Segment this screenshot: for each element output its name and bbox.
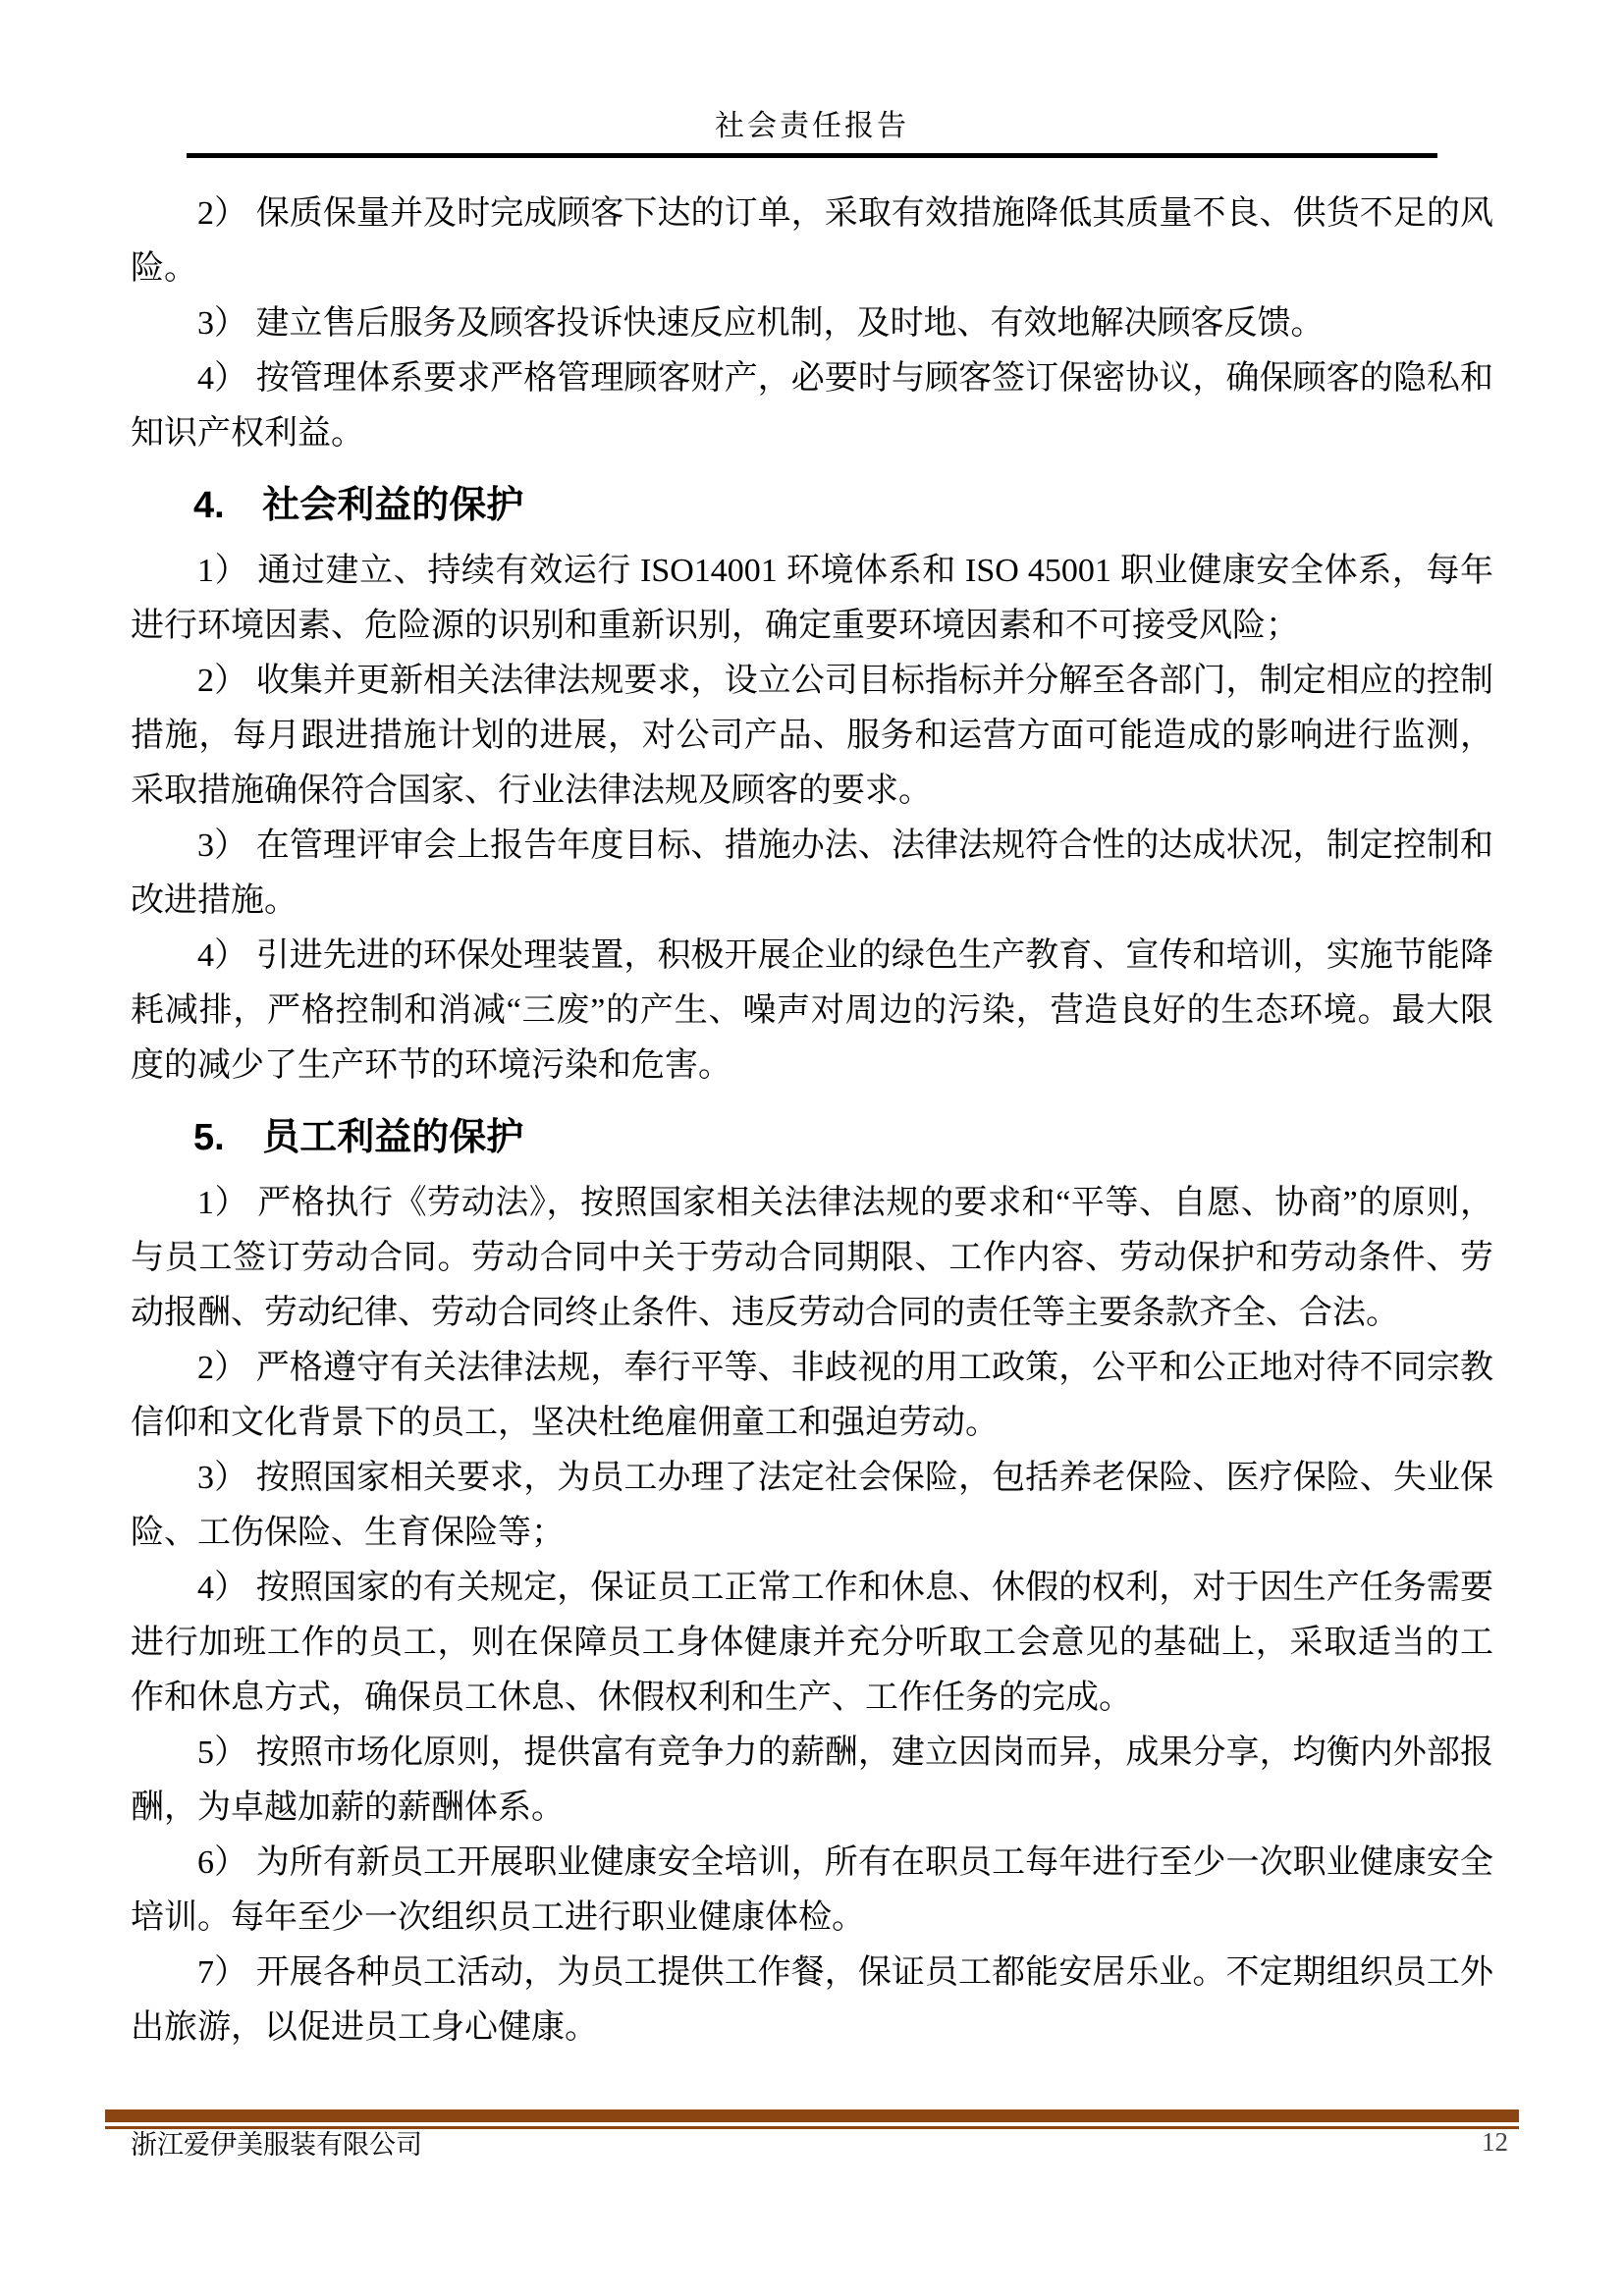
paragraph: 4） 按照国家的有关规定，保证员工正常工作和休息、休假的权利，对于因生产任务需要…	[131, 1561, 1493, 1726]
section-number: 4.	[193, 485, 225, 526]
footer-company: 浙江爱伊美服装有限公司	[131, 2123, 422, 2162]
page-footer: 浙江爱伊美服装有限公司 12	[131, 2120, 1508, 2163]
section-heading-5: 5. 员工利益的保护	[131, 1107, 1493, 1168]
paragraph: 2） 严格遵守有关法律法规，奉行平等、非歧视的用工政策，公平和公正地对待不同宗教…	[131, 1341, 1493, 1451]
paragraph: 4） 按管理体系要求严格管理顾客财产，必要时与顾客签订保密协议，确保顾客的隐私和…	[131, 351, 1493, 461]
header-title: 社会责任报告	[715, 101, 909, 153]
paragraph: 3） 在管理评审会上报告年度目标、措施办法、法律法规符合性的达成状况，制定控制和…	[131, 819, 1493, 929]
paragraph: 2） 保质保量并及时完成顾客下达的订单，采取有效措施降低其质量不良、供货不足的风…	[131, 187, 1493, 296]
page-number: 12	[1482, 2127, 1508, 2158]
paragraph: 6） 为所有新员工开展职业健康安全培训，所有在职员工每年进行至少一次职业健康安全…	[131, 1836, 1493, 1946]
paragraph: 5） 按照市场化原则，提供富有竞争力的薪酬，建立因岗而异，成果分享，均衡内外部报…	[131, 1726, 1493, 1836]
paragraph: 1） 通过建立、持续有效运行 ISO14001 环境体系和 ISO 45001 …	[131, 544, 1493, 654]
section-heading-4: 4. 社会利益的保护	[131, 475, 1493, 536]
section-number: 5.	[193, 1117, 225, 1158]
paragraph: 2） 收集并更新相关法律法规要求，设立公司目标指标并分解至各部门，制定相应的控制…	[131, 654, 1493, 819]
document-page: 社会责任报告 2） 保质保量并及时完成顾客下达的订单，采取有效措施降低其质量不良…	[0, 0, 1624, 2296]
section-title: 社会利益的保护	[262, 485, 523, 526]
paragraph: 7） 开展各种员工活动，为员工提供工作餐，保证员工都能安居乐业。不定期组织员工外…	[131, 1946, 1493, 2056]
section-title: 员工利益的保护	[262, 1117, 523, 1158]
paragraph: 3） 按照国家相关要求，为员工办理了法定社会保险，包括养老保险、医疗保险、失业保…	[131, 1451, 1493, 1561]
document-body: 2） 保质保量并及时完成顾客下达的订单，采取有效措施降低其质量不良、供货不足的风…	[131, 187, 1493, 2056]
paragraph: 1） 严格执行《劳动法》，按照国家相关法律法规的要求和“平等、自愿、协商”的原则…	[131, 1176, 1493, 1341]
paragraph: 3） 建立售后服务及顾客投诉快速反应机制，及时地、有效地解决顾客反馈。	[131, 296, 1493, 351]
page-header: 社会责任报告	[187, 0, 1437, 158]
paragraph: 4） 引进先进的环保处理装置，积极开展企业的绿色生产教育、宣传和培训，实施节能降…	[131, 929, 1493, 1094]
